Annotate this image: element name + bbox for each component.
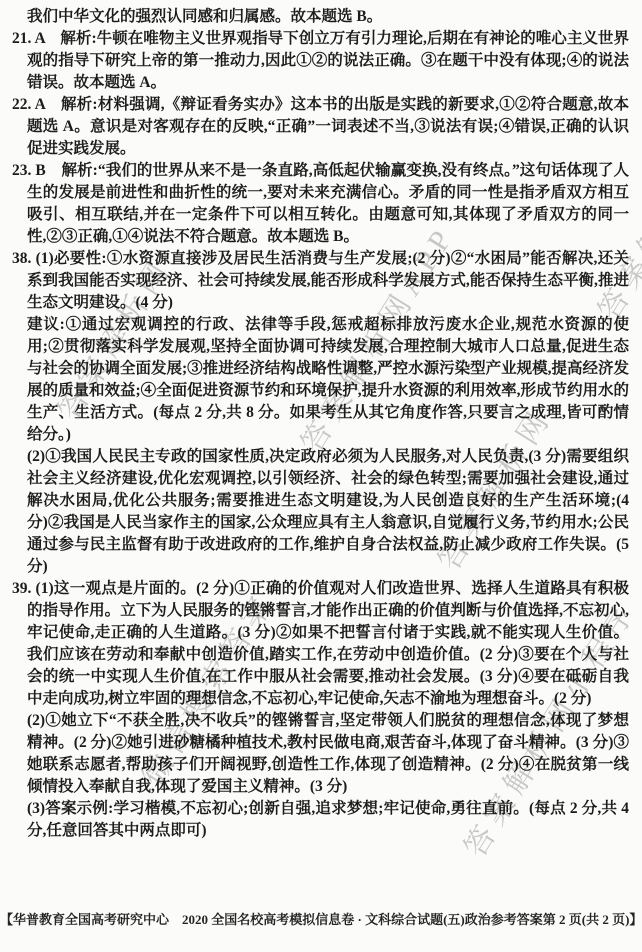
item-number: 39. [12, 580, 36, 597]
answer-item-39: 39. (1)这一观点是片面的。(2 分)①正确的价值观对人们改造世界、选择人生… [27, 578, 629, 710]
item-number: 23. [12, 162, 35, 179]
answer-item-23: 23. B 解析:“我们的世界从来不是一条直路,高低起伏输赢变换,没有终点。”这… [27, 160, 629, 248]
item-text: (2)①我国人民民主专政的国家性质,决定政府必须为人民服务,对人民负责,(3 分… [27, 448, 629, 575]
item-text: (3)答案示例:学习楷模,不忘初心;创新自强,追求梦想;牢记使命,勇往直前。(每… [27, 800, 629, 839]
item-text: (2)①她立下“不获全胜,决不收兵”的铿锵誓言,坚定带领人们脱贫的理想信念,体现… [27, 712, 629, 795]
page-footer: 【华普教育全国高考研究中心 2020 全国名校高考模拟信息卷 · 文科综合试题(… [0, 909, 642, 928]
item-number: 22. [12, 96, 35, 113]
item-text: 我们中华文化的强烈认同感和归属感。故本题选 B。 [27, 8, 382, 25]
item-number: 38. [12, 250, 36, 267]
answer-item-21: 21. A 解析:牛顿在唯物主义世界观指导下创立万有引力理论,后期在有神论的唯心… [27, 28, 629, 94]
answer-paragraph-0: 我们中华文化的强烈认同感和归属感。故本题选 B。 [27, 6, 629, 28]
item-number: 21. [12, 30, 34, 47]
answers: 我们中华文化的强烈认同感和归属感。故本题选 B。21. A 解析:牛顿在唯物主义… [27, 6, 629, 842]
answer-paragraph-6: (2)①我国人民民主专政的国家性质,决定政府必须为人民服务,对人民负责,(3 分… [27, 446, 629, 578]
answer-item-22: 22. A 解析:材料强调,《辩证看务实办》这本书的出版是实践的新要求,①②符合… [27, 94, 629, 160]
item-text: (1)这一观点是片面的。(2 分)①正确的价值观对人们改造世界、选择人生道路具有… [27, 580, 629, 707]
item-text: (1)必要性:①水资源直接涉及居民生活消费与生产发展;(2 分)②“水困局”能否… [27, 250, 629, 311]
item-text: 建议:①通过宏观调控的行政、法律等手段,惩戒超标排放污废水企业,规范水资源的使用… [27, 316, 629, 443]
answer-paragraph-5: 建议:①通过宏观调控的行政、法律等手段,惩戒超标排放污废水企业,规范水资源的使用… [27, 314, 629, 446]
answer-paragraph-9: (3)答案示例:学习楷模,不忘初心;创新自强,追求梦想;牢记使命,勇往直前。(每… [27, 798, 629, 842]
item-text: A 解析:牛顿在唯物主义世界观指导下创立万有引力理论,后期在有神论的唯心主义世界… [27, 30, 629, 91]
answer-item-38: 38. (1)必要性:①水资源直接涉及居民生活消费与生产发展;(2 分)②“水困… [27, 248, 629, 314]
answer-sheet-page: 答案解析网答案解析网APP微信搜索答案答案解析网答案解析网小程序答案解析网 我们… [0, 0, 642, 952]
answer-paragraph-8: (2)①她立下“不获全胜,决不收兵”的铿锵誓言,坚定带领人们脱贫的理想信念,体现… [27, 710, 629, 798]
item-text: A 解析:材料强调,《辩证看务实办》这本书的出版是实践的新要求,①②符合题意,故… [27, 96, 629, 157]
item-text: B 解析:“我们的世界从来不是一条直路,高低起伏输赢变换,没有终点。”这句话体现… [27, 162, 629, 245]
